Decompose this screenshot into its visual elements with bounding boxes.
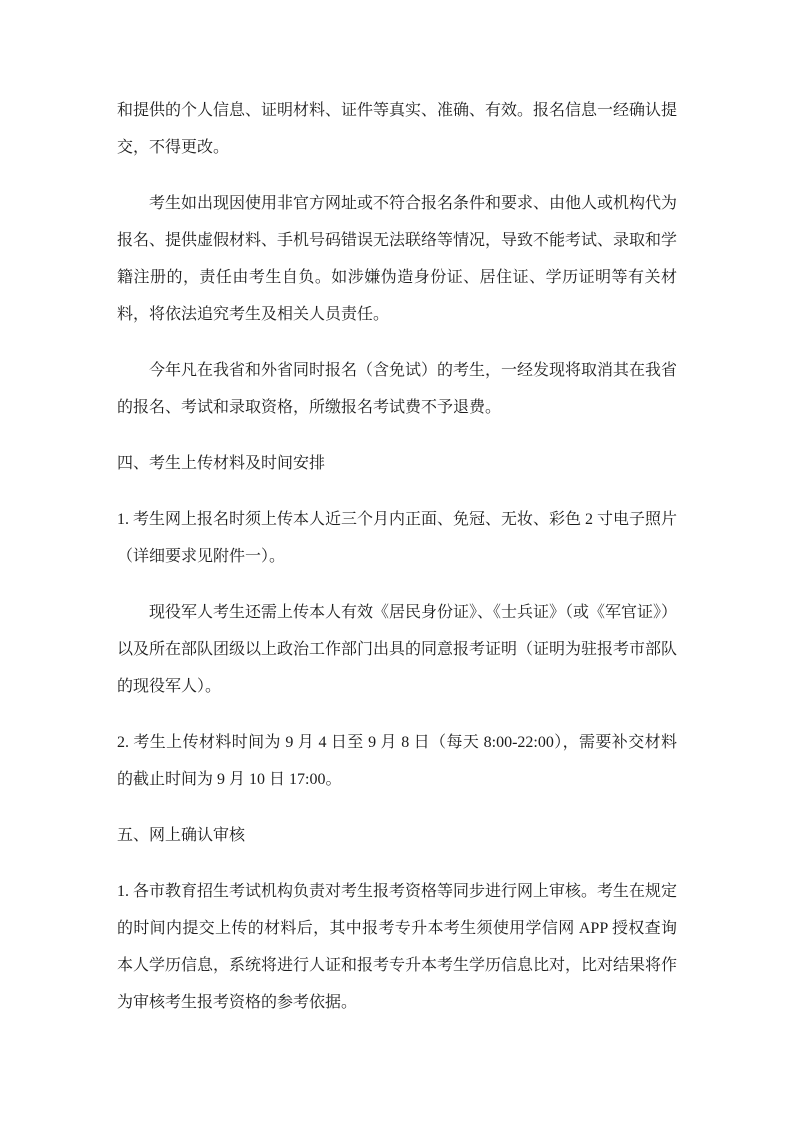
body-paragraph: 今年凡在我省和外省同时报名（含免试）的考生，一经发现将取消其在我省的报名、考试和… bbox=[117, 352, 677, 426]
numbered-item-1: 1. 各市教育招生考试机构负责对考生报考资格等同步进行网上审核。考生在规定的时间… bbox=[117, 873, 677, 1021]
body-paragraph: 和提供的个人信息、证明材料、证件等真实、准确、有效。报名信息一经确认提交，不得更… bbox=[117, 92, 677, 166]
numbered-item-2: 2. 考生上传材料时间为 9 月 4 日至 9 月 8 日（每天 8:00-22… bbox=[117, 724, 677, 798]
document-page: 和提供的个人信息、证明材料、证件等真实、准确、有效。报名信息一经确认提交，不得更… bbox=[0, 0, 793, 1122]
numbered-item-1: 1. 考生网上报名时须上传本人近三个月内正面、免冠、无妆、彩色 2 寸电子照片（… bbox=[117, 501, 677, 575]
section-heading-4: 四、考生上传材料及时间安排 bbox=[117, 445, 677, 482]
body-paragraph: 考生如出现因使用非官方网址或不符合报名条件和要求、由他人或机构代为报名、提供虚假… bbox=[117, 185, 677, 333]
body-paragraph: 现役军人考生还需上传本人有效《居民身份证》、《士兵证》（或《军官证》）以及所在部… bbox=[117, 594, 677, 705]
section-heading-5: 五、网上确认审核 bbox=[117, 817, 677, 854]
